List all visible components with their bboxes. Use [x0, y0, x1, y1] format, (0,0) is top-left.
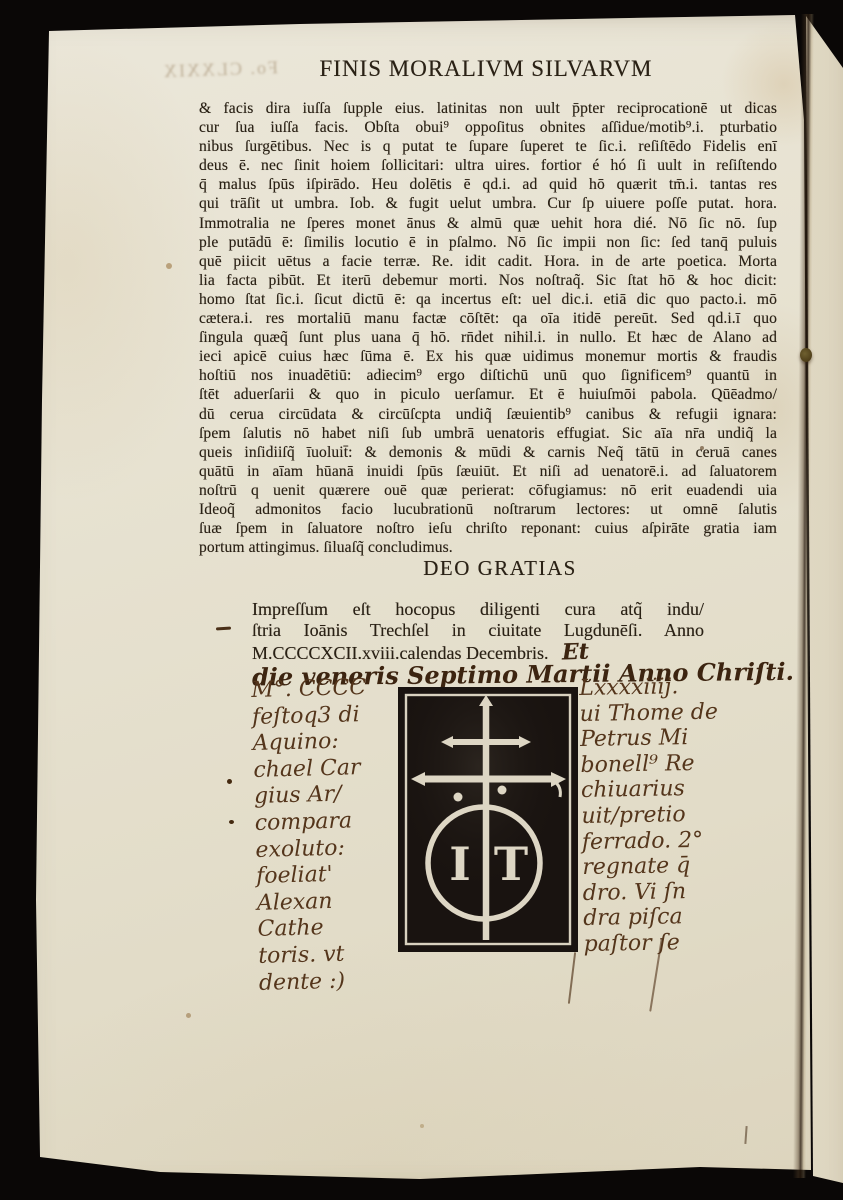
body-line: portum attingimus. ſiluaſq̃ concludimus.	[199, 538, 777, 557]
annotation-line: dro. Vi ſn	[583, 878, 723, 906]
body-line: Ideoq̃ admonitos facio lucubrationū noſt…	[199, 500, 777, 519]
deo-gratias: DEO GRATIAS	[400, 556, 600, 581]
body-line: & facis dira iuſſa ſupple eius. latinita…	[199, 99, 777, 118]
annotation-line: ferrado. 2°	[582, 827, 722, 855]
body-line: ſpem ſalutis nō habet niſi ſub umbrā uen…	[199, 424, 777, 443]
annotation-line: compara	[254, 807, 403, 837]
annotation-line: toris. vt	[258, 940, 407, 970]
annotation-line: bonell⁹ Re	[580, 750, 720, 778]
annotation-line: paſtor ſe	[583, 929, 723, 957]
annotation-line: dente :)	[259, 967, 408, 997]
annotation-line: Aquino:	[252, 727, 401, 757]
fox-spot	[186, 1013, 191, 1018]
body-line: quē piicit uētus a facie terræ. Re. idit…	[199, 252, 777, 271]
device-dot-right	[498, 786, 507, 795]
annotation-line: M°. CCCC	[251, 674, 400, 704]
body-line: ſingula quæq̃ ſunt plus uana q̄ hō. rn̄d…	[199, 328, 777, 347]
body-line: ple putādū ē: ſimilis locutio ē in pſalm…	[199, 233, 777, 252]
fox-spot	[420, 1124, 424, 1128]
annotation-line: Lxxxxiiij.	[579, 674, 719, 702]
device-dot-left	[454, 793, 463, 802]
annotation-line: chael Car	[253, 754, 402, 784]
body-line: queis inſidiiſq̃ īuoluit̄: & demonis & m…	[199, 443, 777, 462]
annotation-line: feſtoq3 di	[252, 701, 401, 731]
annotation-line: ui Thome de	[579, 699, 719, 727]
body-line: nibus ſurgētibus. Nec is q putat te ſupa…	[199, 137, 777, 156]
annotation-line: foeliat'	[256, 860, 405, 890]
fox-spot	[166, 263, 172, 269]
body-line: q̄ malus ſpūs iſpirādo. Heu dolētis ē qd…	[199, 175, 777, 194]
colophon-block: Impreſſum eſt hocopus diligenti cura atq…	[252, 599, 704, 663]
photograph-of-book-page: Fo. CLXXIX FINIS MORALIVM SILVARVM & fac…	[0, 0, 843, 1200]
body-line: cur ſua iuſſa facis. Obſta obui⁹ oppoſit…	[199, 118, 777, 137]
annotation-line: regnate q̄	[582, 853, 722, 881]
ink-dot	[229, 820, 234, 824]
annotation-line: exoluto:	[255, 834, 404, 864]
body-line: homo ſtat ſic.i. ſicut dictū ē: qa incer…	[199, 290, 777, 309]
annotation-line: Cathe	[257, 913, 406, 943]
body-line: ſtēt aduerſarii & quo in piculo uerſamur…	[199, 385, 777, 404]
body-line: hoſtiū nos inuadētiū: adiecim⁹ ergo diſt…	[199, 366, 777, 385]
body-line: qui trāſit ut umbra. Iob. & fugit uelut …	[199, 194, 777, 213]
annotation-line: chiuarius	[581, 776, 721, 804]
colophon-line: ſtria Ioānis Trechſel in ciuitate Lugdun…	[252, 620, 704, 641]
body-line: deus ē. nec ſinit hoiem ſollicitari: ult…	[199, 156, 777, 175]
body-line: ſuæ ſpem in ſaluatore noſtro ieſu chriſt…	[199, 519, 777, 538]
device-initial-t: T	[494, 837, 528, 891]
body-line: ieci apicē cuius hæc ſūma ē. Ex his quæ …	[199, 347, 777, 366]
body-line: Immotralia ne ſperes monet ānus & almū q…	[199, 214, 777, 233]
body-line: noſtrū q uenit quærere ouē quæ perierat:…	[199, 481, 777, 500]
printer-device-trechsel: I T	[398, 687, 578, 952]
annotation-line: uit/pretio	[581, 802, 721, 830]
wax-stain	[800, 348, 812, 362]
page-title: FINIS MORALIVM SILVARVM	[308, 56, 664, 82]
body-line: dū cerua circūdata & circūſcpta undiq̃ ſ…	[199, 405, 777, 424]
annotation-line: dra piſca	[583, 904, 723, 932]
ink-dot	[227, 779, 232, 784]
annotation-line: gius Ar/	[254, 780, 403, 810]
fox-spot	[700, 446, 704, 450]
annotation-line: Alexan	[257, 887, 406, 917]
colophon-line: Impreſſum eſt hocopus diligenti cura atq…	[252, 599, 704, 620]
manuscript-annotation-right-column: Lxxxxiiij. ui Thome de Petrus Mi bonell⁹…	[579, 674, 724, 958]
device-initial-i: I	[449, 837, 471, 891]
manuscript-annotation-left-column: M°. CCCC feſtoq3 di Aquino: chael Car gi…	[251, 674, 407, 997]
body-line: quātū in aīam hūanā inuidi ſpūs ſæuiūt. …	[199, 462, 777, 481]
body-line: cætera.i. res mortaliū manu factæ cōſtēt…	[199, 309, 777, 328]
body-text-block: & facis dira iuſſa ſupple eius. latinita…	[199, 99, 777, 557]
annotation-line: Petrus Mi	[580, 725, 720, 753]
body-line: lia facta pibūt. Et iterū debemur morti.…	[199, 271, 777, 290]
